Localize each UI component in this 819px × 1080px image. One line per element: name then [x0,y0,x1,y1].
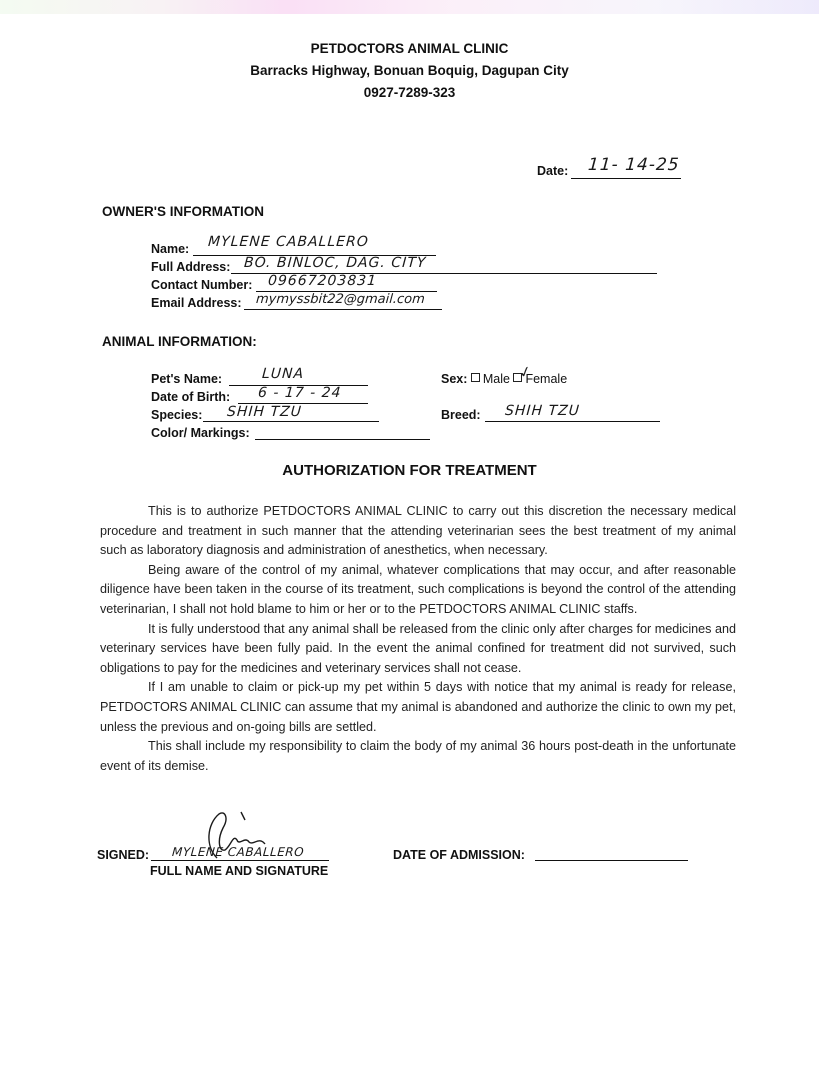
pet-name-value[interactable]: LUNA [261,366,304,382]
clinic-address: Barracks Highway, Bonuan Boquig, Dagupan… [0,63,819,78]
breed-line [485,421,660,422]
species-line [203,421,379,422]
signature-line [151,860,329,861]
owner-email-label: Email Address: [151,296,242,310]
signed-name-value[interactable]: MYLENE CABALLERO [172,845,305,859]
authorization-text: This is to authorize PETDOCTORS ANIMAL C… [100,502,736,776]
dob-label: Date of Birth: [151,390,230,404]
authorization-title: AUTHORIZATION FOR TREATMENT [0,462,819,479]
date-line [571,178,681,179]
clinic-name: PETDOCTORS ANIMAL CLINIC [0,41,819,56]
signature-caption: FULL NAME AND SIGNATURE [150,864,328,878]
pet-name-label: Pet's Name: [151,372,222,386]
sex-field: Sex: Male Female [441,372,567,386]
owner-name-label: Name: [151,242,189,256]
male-checkbox[interactable] [471,373,480,382]
scan-artifact [0,0,819,14]
male-option-label: Male [483,372,510,386]
dob-value[interactable]: 6 - 17 - 24 [257,385,342,401]
date-label: Date: [537,164,568,178]
owner-section-title: OWNER'S INFORMATION [102,204,264,219]
color-markings-line [255,439,430,440]
owner-email-line [244,309,442,310]
owner-name-value[interactable]: MYLENE CABALLERO [207,234,369,250]
auth-paragraph: If I am unable to claim or pick-up my pe… [100,678,736,737]
auth-paragraph: This shall include my responsibility to … [100,737,736,776]
auth-paragraph: Being aware of the control of my animal,… [100,561,736,620]
species-value[interactable]: SHIH TZU [226,404,302,420]
owner-contact-label: Contact Number: [151,278,252,292]
admission-date-label: DATE OF ADMISSION: [393,848,525,862]
species-label: Species: [151,408,202,422]
breed-label: Breed: [441,408,481,422]
auth-paragraph: It is fully understood that any animal s… [100,620,736,679]
clinic-phone: 0927-7289-323 [0,85,819,100]
breed-value[interactable]: SHIH TZU [504,403,580,419]
owner-address-label: Full Address: [151,260,230,274]
signed-label: SIGNED: [97,848,149,862]
owner-contact-value[interactable]: 09667203831 [267,273,377,289]
admission-date-line [535,860,688,861]
auth-paragraph: This is to authorize PETDOCTORS ANIMAL C… [100,502,736,561]
owner-address-value[interactable]: BO. BINLOC, DAG. CITY [243,255,426,271]
sex-label: Sex: [441,372,467,386]
color-markings-label: Color/ Markings: [151,426,250,440]
animal-section-title: ANIMAL INFORMATION: [102,334,257,349]
owner-email-value[interactable]: mymyssbit22@gmail.com [255,292,425,307]
date-value[interactable]: 11- 14-25 [587,155,680,175]
